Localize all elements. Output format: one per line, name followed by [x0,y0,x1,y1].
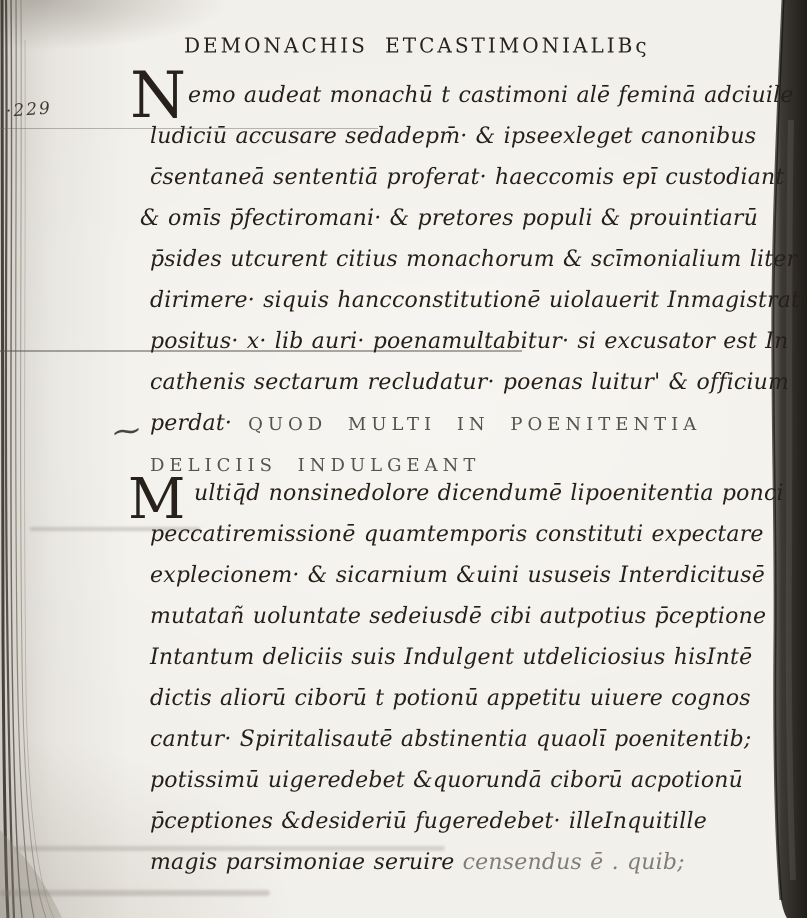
text-line: potissimū uigeredebet &quorundā ciborū a… [150,764,802,805]
text-line: emo audeat monachū t castimoni alē femin… [150,79,802,120]
text-line: dirimere· siquis hancconstitutionē uiola… [150,284,802,325]
text-line: mutatañ uoluntate sedeiusdē cibi autpoti… [150,600,802,641]
chapter1-text: emo audeat monachū t castimoni alē femin… [150,79,802,489]
text-line: p̄ceptiones &desideriū fugeredebet· ille… [150,805,802,846]
text-line-final: magis parsimoniae seruire censendus ē . … [150,846,802,887]
folio-number: ·229 [5,98,52,121]
text-line: c̄sentaneā sententiā proferat· haeccomis… [150,161,802,202]
chapter1-last-word: perdat· [150,411,232,436]
text-line: peccatiremissionē quamtemporis constitut… [150,518,802,559]
text-line: positus· x· lib auri· poenamultabitur· s… [150,325,802,366]
text-line: cantur· Spiritalisautē abstinentia quaol… [150,723,802,764]
chapter-heading: DEMONACHIS ETCASTIMONIALIBς [184,33,650,58]
gutter-fold-lines [0,0,90,918]
text-line: ludiciū accusare sedadepm̄· & ipseexlege… [150,120,802,161]
text-line: dictis aliorū ciborū t potionū appetitu … [150,682,802,723]
rubric-title-line2: DELICIIS INDULGEANT [150,455,480,476]
manuscript-page: ·229 ∼ DEMONACHIS ETCASTIMONIALIBς N emo… [0,0,807,918]
text-line: p̄sides utcurent citius monachorum & scī… [150,243,802,284]
text-line: ultiq̄d nonsinedolore dicendumē lipoenit… [150,477,802,518]
chapter2-text: ultiq̄d nonsinedolore dicendumē lipoenit… [150,477,802,887]
stain-smudge [0,890,270,896]
text-line-with-rubric: perdat·QUOD MULTI IN POENITENTIA [150,407,802,448]
text-line: cathenis sectarum recludatur· poenas lui… [150,366,802,407]
text-line: & omīs p̄fectiromani· & pretores populi … [140,202,802,243]
text-line: explecionem· & sicarnium &uini ususeis I… [150,559,802,600]
final-line-faded-end: censendus ē . quib; [454,850,684,875]
margin-squiggle-mark: ∼ [108,412,144,450]
text-line: Intantum deliciis suis Indulgent utdelic… [150,641,802,682]
rubric-title-line1: QUOD MULTI IN POENITENTIA [248,414,701,435]
final-line-start: magis parsimoniae seruire [150,850,454,875]
